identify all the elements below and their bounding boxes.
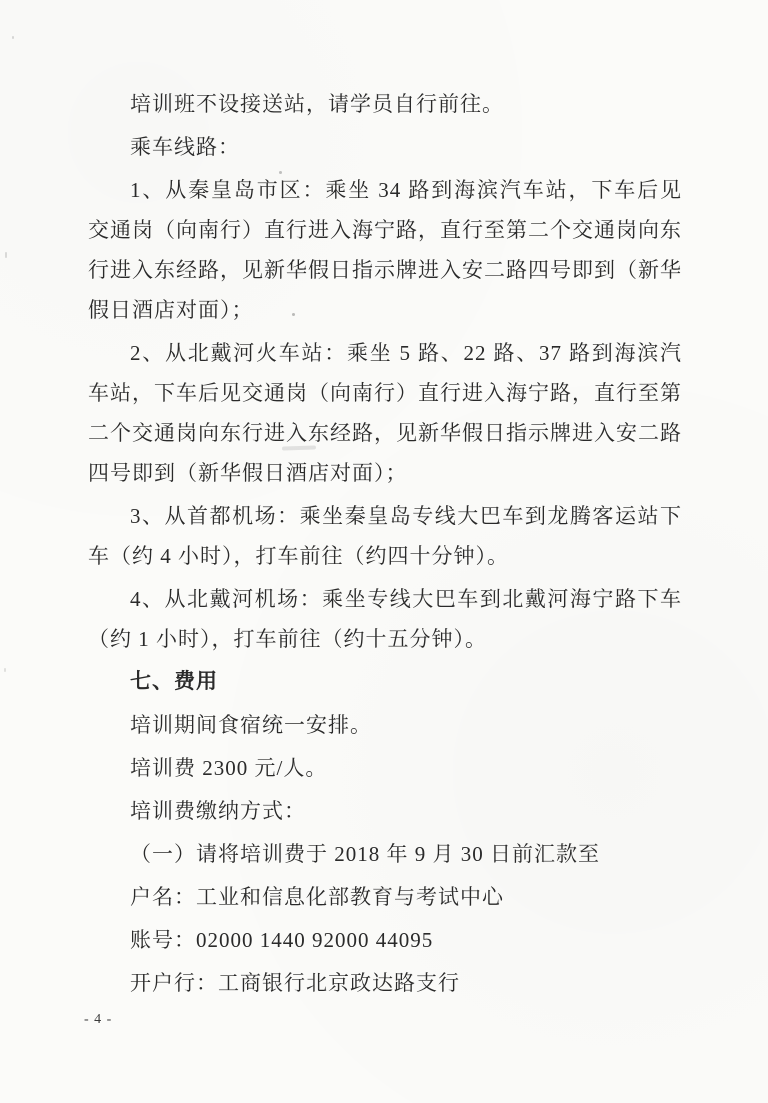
paragraph-account-number: 账号：02000 1440 92000 44095 (88, 920, 682, 960)
paragraph-payment-deadline: （一）请将培训费于 2018 年 9 月 30 日前汇款至 (88, 834, 682, 874)
paragraph-account-name: 户名：工业和信息化部教育与考试中心 (88, 877, 682, 917)
document-page: 培训班不设接送站，请学员自行前往。 乘车线路： 1、从秦皇岛市区：乘坐 34 路… (0, 0, 768, 1103)
paragraph-bank-branch: 开户行：工商银行北京政达路支行 (88, 963, 682, 1003)
scan-speck (12, 36, 14, 39)
paragraph-lodging: 培训期间食宿统一安排。 (88, 705, 682, 745)
paragraph-bus-routes-label: 乘车线路： (88, 127, 682, 167)
scan-speck (279, 171, 282, 174)
paragraph-fee-amount: 培训费 2300 元/人。 (88, 748, 682, 788)
paragraph-route-2: 2、从北戴河火车站：乘坐 5 路、22 路、37 路到海滨汽车站，下车后见交通岗… (88, 333, 682, 493)
page-number: - 4 - (84, 1012, 112, 1028)
scan-speck (292, 313, 295, 316)
scan-speck (4, 668, 6, 672)
scan-speck (5, 252, 7, 258)
section-heading-fees: 七、费用 (88, 662, 682, 702)
paragraph-route-3: 3、从首都机场：乘坐秦皇岛专线大巴车到龙腾客运站下车（约 4 小时），打车前往（… (88, 496, 682, 576)
paragraph-payment-method: 培训费缴纳方式： (88, 791, 682, 831)
paragraph-route-1: 1、从秦皇岛市区：乘坐 34 路到海滨汽车站，下车后见交通岗（向南行）直行进入海… (88, 170, 682, 330)
paragraph-shuttle-notice: 培训班不设接送站，请学员自行前往。 (88, 84, 682, 124)
document-body: 培训班不设接送站，请学员自行前往。 乘车线路： 1、从秦皇岛市区：乘坐 34 路… (88, 84, 682, 1006)
paragraph-route-4: 4、从北戴河机场：乘坐专线大巴车到北戴河海宁路下车（约 1 小时），打车前往（约… (88, 579, 682, 659)
